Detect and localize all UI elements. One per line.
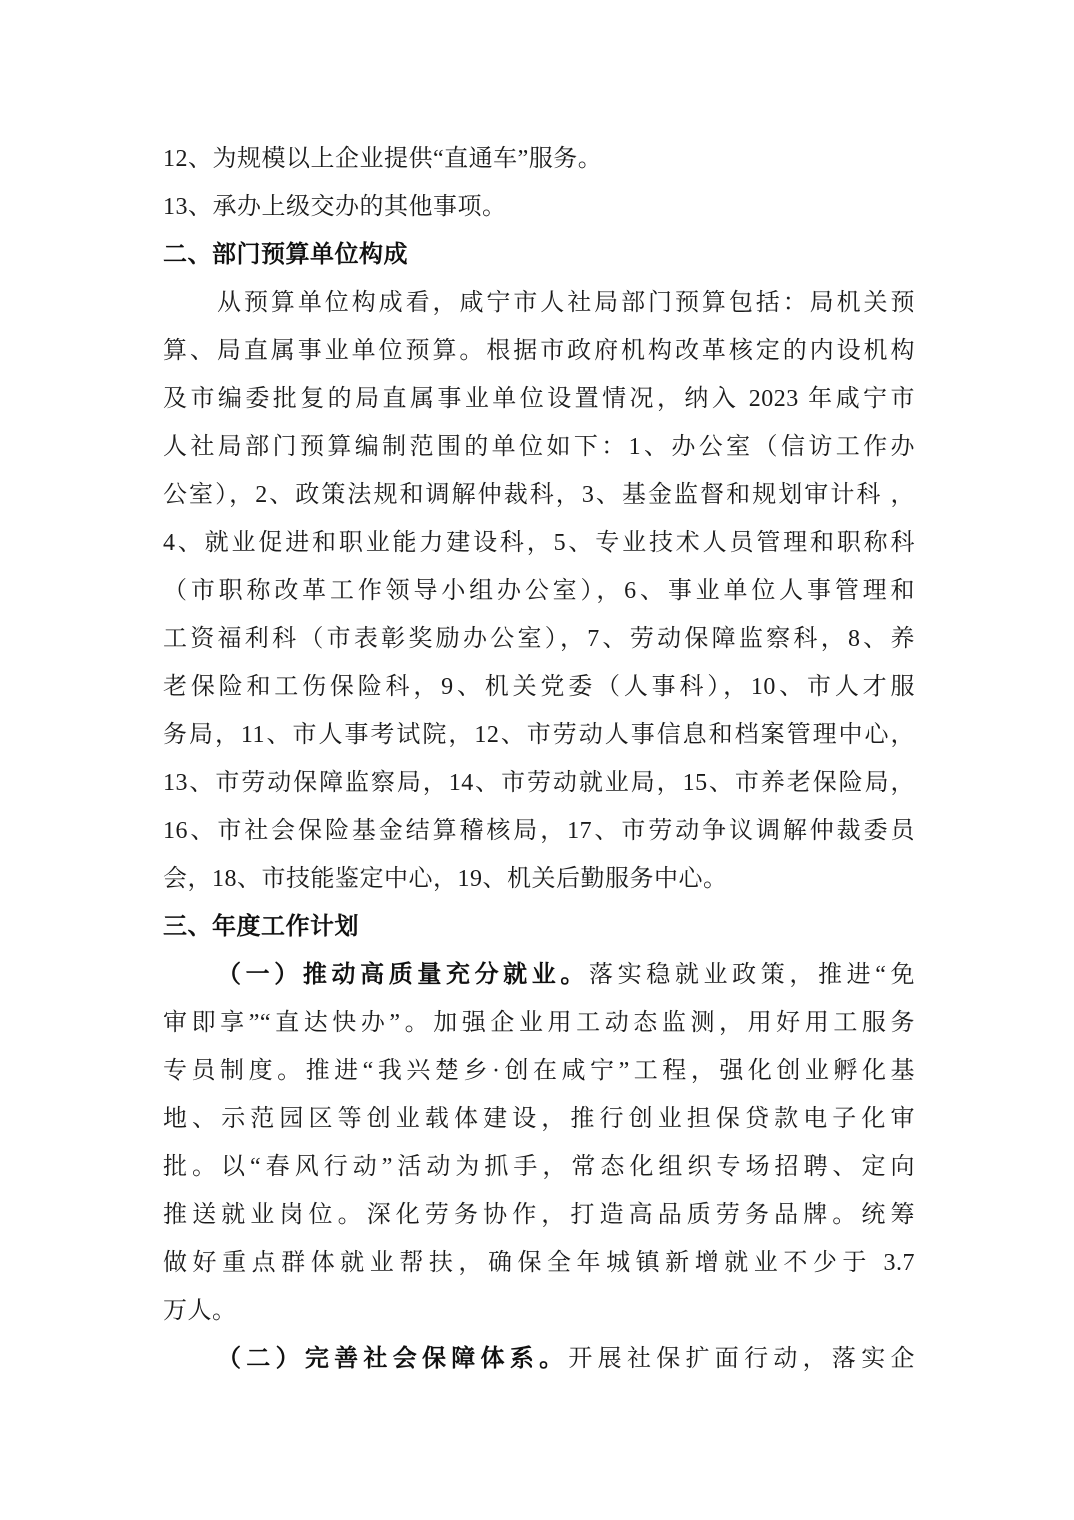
document-line: 12、为规模以上企业提供“直通车”服务。 (163, 135, 915, 183)
line-text: 万人。 (163, 1298, 237, 1324)
document-line: 从预算单位构成看，咸宁市人社局部门预算包括：局机关预 (163, 279, 915, 327)
document-line: 会，18、市技能鉴定中心，19、机关后勤服务中心。 (163, 855, 915, 903)
document-line: 4、就业促进和职业能力建设科，5、专业技术人员管理和职称科 (163, 519, 915, 567)
line-text: 从预算单位构成看，咸宁市人社局部门预算包括：局机关预 (217, 290, 915, 316)
line-text: 审即享”“直达快办”。加强企业用工动态监测，用好用工服务 (163, 1010, 915, 1036)
document-line: 务局，11、市人事考试院，12、市劳动人事信息和档案管理中心， (163, 711, 915, 759)
line-lead-bold: （一）推动高质量充分就业。 (217, 961, 589, 988)
line-text: 做好重点群体就业帮扶，确保全年城镇新增就业不少于 3.7 (163, 1250, 915, 1276)
document-line: 地、示范园区等创业载体建设，推行创业担保贷款电子化审 (163, 1095, 915, 1143)
document-line: 工资福利科（市表彰奖励办公室），7、劳动保障监察科，8、养 (163, 615, 915, 663)
document-line: 算、局直属事业单位预算。根据市政府机构改革核定的内设机构 (163, 327, 915, 375)
document-line: （二）完善社会保障体系。开展社保扩面行动，落实企 (163, 1335, 915, 1383)
document-page: 12、为规模以上企业提供“直通车”服务。 13、承办上级交办的其他事项。 二、部… (0, 0, 1074, 1520)
line-text: 会，18、市技能鉴定中心，19、机关后勤服务中心。 (163, 866, 728, 892)
line-text: 13、市劳动保障监察局，14、市劳动就业局，15、市养老保险局， (163, 770, 915, 796)
document-line: 推送就业岗位。深化劳务协作，打造高品质劳务品牌。统筹 (163, 1191, 915, 1239)
document-line: （市职称改革工作领导小组办公室），6、事业单位人事管理和 (163, 567, 915, 615)
line-text: 及市编委批复的局直属事业单位设置情况，纳入 2023 年咸宁市 (163, 386, 915, 412)
line-text: （市职称改革工作领导小组办公室），6、事业单位人事管理和 (163, 578, 915, 604)
line-text: 算、局直属事业单位预算。根据市政府机构改革核定的内设机构 (163, 338, 915, 364)
line-text: 公室），2、政策法规和调解仲裁科，3、基金监督和规划审计科 ， (163, 482, 915, 508)
document-line: 审即享”“直达快办”。加强企业用工动态监测，用好用工服务 (163, 999, 915, 1047)
document-line: 及市编委批复的局直属事业单位设置情况，纳入 2023 年咸宁市 (163, 375, 915, 423)
line-text: 4、就业促进和职业能力建设科，5、专业技术人员管理和职称科 (163, 530, 915, 556)
line-lead-bold: （二）完善社会保障体系。 (217, 1345, 568, 1372)
section-heading: 三、年度工作计划 (163, 903, 915, 951)
document-line: 专员制度。推进“我兴楚乡·创在咸宁”工程，强化创业孵化基 (163, 1047, 915, 1095)
document-line: 公室），2、政策法规和调解仲裁科，3、基金监督和规划审计科 ， (163, 471, 915, 519)
document-line: 人社局部门预算编制范围的单位如下：1、办公室（信访工作办 (163, 423, 915, 471)
line-text: 务局，11、市人事考试院，12、市劳动人事信息和档案管理中心， (163, 722, 915, 748)
document-line: 批。以“春风行动”活动为抓手，常态化组织专场招聘、定向 (163, 1143, 915, 1191)
heading-text: 三、年度工作计划 (163, 913, 359, 940)
line-text: 工资福利科（市表彰奖励办公室），7、劳动保障监察科，8、养 (163, 626, 915, 652)
document-text-block: 12、为规模以上企业提供“直通车”服务。 13、承办上级交办的其他事项。 二、部… (163, 135, 915, 1383)
document-line: 13、承办上级交办的其他事项。 (163, 183, 915, 231)
document-line: 16、市社会保险基金结算稽核局，17、市劳动争议调解仲裁委员 (163, 807, 915, 855)
heading-text: 二、部门预算单位构成 (163, 241, 408, 268)
section-heading: 二、部门预算单位构成 (163, 231, 915, 279)
line-text: 开展社保扩面行动，落实企 (568, 1346, 915, 1372)
document-line: 万人。 (163, 1287, 915, 1335)
document-line: 老保险和工伤保险科，9、机关党委（人事科），10、市人才服 (163, 663, 915, 711)
line-text: 人社局部门预算编制范围的单位如下：1、办公室（信访工作办 (163, 434, 915, 460)
line-text: 地、示范园区等创业载体建设，推行创业担保贷款电子化审 (163, 1106, 915, 1132)
line-text: 老保险和工伤保险科，9、机关党委（人事科），10、市人才服 (163, 674, 915, 700)
line-text: 12、为规模以上企业提供“直通车”服务。 (163, 146, 602, 172)
line-text: 批。以“春风行动”活动为抓手，常态化组织专场招聘、定向 (163, 1154, 915, 1180)
line-text: 专员制度。推进“我兴楚乡·创在咸宁”工程，强化创业孵化基 (163, 1058, 915, 1084)
line-text: 落实稳就业政策，推进“免 (589, 962, 915, 988)
line-text: 推送就业岗位。深化劳务协作，打造高品质劳务品牌。统筹 (163, 1202, 915, 1228)
document-line: 做好重点群体就业帮扶，确保全年城镇新增就业不少于 3.7 (163, 1239, 915, 1287)
document-line: （一）推动高质量充分就业。落实稳就业政策，推进“免 (163, 951, 915, 999)
line-text: 16、市社会保险基金结算稽核局，17、市劳动争议调解仲裁委员 (163, 818, 915, 844)
document-line: 13、市劳动保障监察局，14、市劳动就业局，15、市养老保险局， (163, 759, 915, 807)
line-text: 13、承办上级交办的其他事项。 (163, 194, 507, 220)
